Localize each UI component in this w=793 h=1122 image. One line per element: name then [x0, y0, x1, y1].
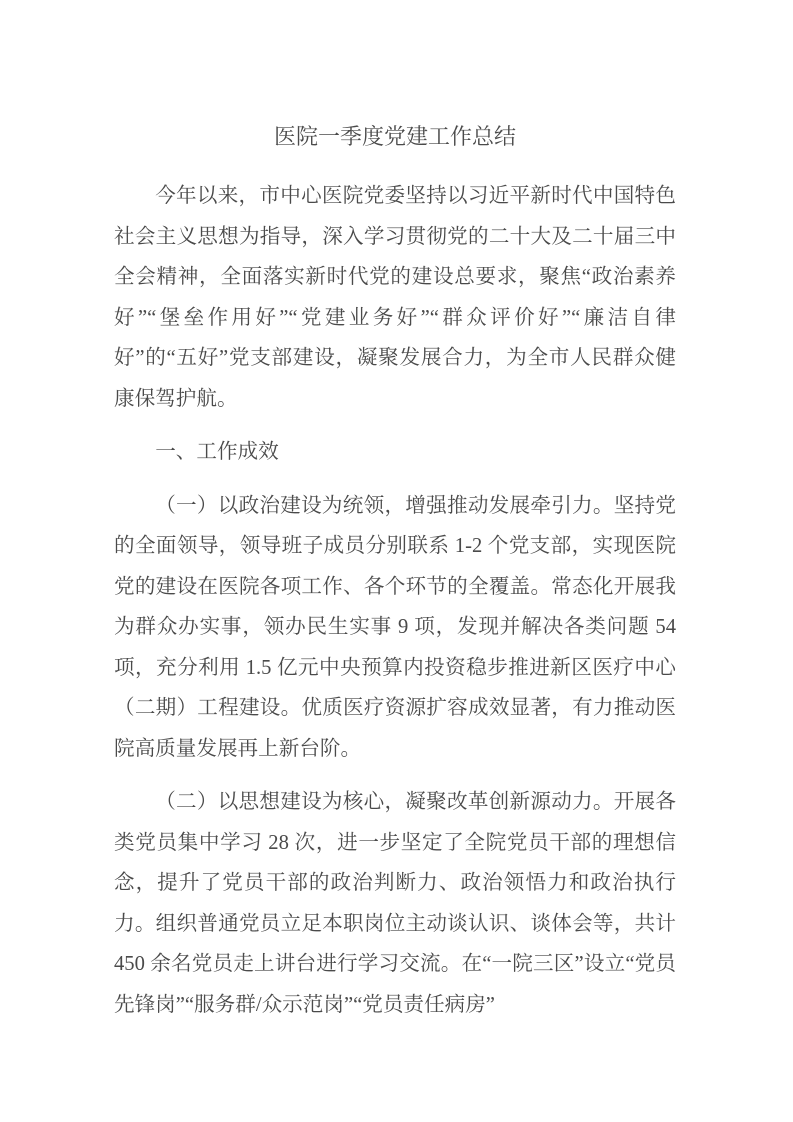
document-title: 医院一季度党建工作总结: [114, 118, 676, 156]
document-page: 医院一季度党建工作总结 今年以来，市中心医院党委坚持以习近平新时代中国特色社会主…: [0, 0, 793, 1122]
section-heading-work-results: 一、工作成效: [114, 432, 676, 473]
paragraph-item-1: （一）以政治建设为统领，增强推动发展牵引力。坚持党的全面领导，领导班子成员分别联…: [114, 486, 676, 770]
paragraph-item-2: （二）以思想建设为核心，凝聚改革创新源动力。开展各类党员集中学习 28 次，进一…: [114, 782, 676, 1025]
document-body: 医院一季度党建工作总结 今年以来，市中心医院党委坚持以习近平新时代中国特色社会主…: [114, 118, 676, 1038]
intro-paragraph: 今年以来，市中心医院党委坚持以习近平新时代中国特色社会主义思想为指导，深入学习贯…: [114, 176, 676, 419]
